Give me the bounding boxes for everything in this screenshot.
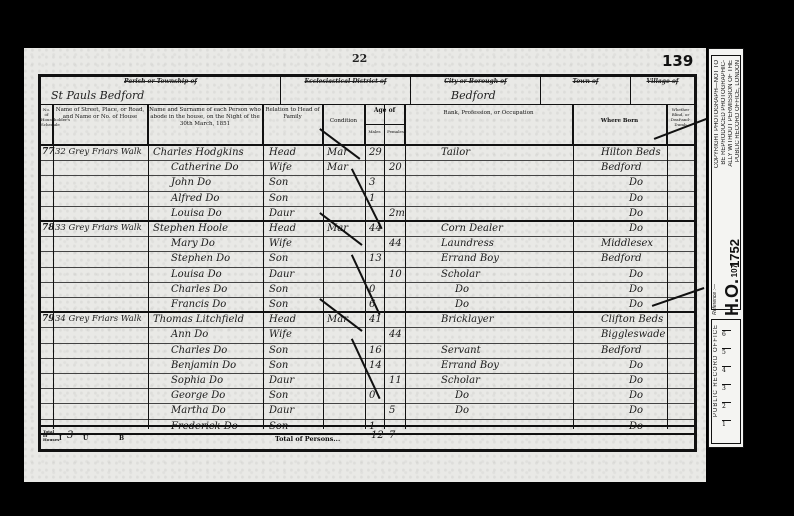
cell-name: Stephen Hoole [153, 223, 228, 234]
cell-occupation: Tailor [441, 147, 470, 158]
table-row: Francis DoSon6DoDo [41, 298, 694, 313]
persons-females-total: 7 [389, 430, 395, 441]
col-condition: Condition [323, 104, 365, 144]
table-row: Louisa DoDaur10ScholarDo [41, 268, 694, 283]
table-row: Stephen DoSon13Errand BoyBedford [41, 252, 694, 267]
cell-born: Do [629, 269, 643, 280]
cell-born: Do [629, 375, 643, 386]
cell-born: Do [629, 223, 643, 234]
cell-name: Charles Do [171, 284, 227, 295]
cell-address: 33 Grey Friars Walk [55, 223, 142, 233]
cell-born: Clifton Beds [601, 314, 663, 325]
cell-female: 11 [389, 375, 402, 386]
cell-name: Sophia Do [171, 375, 223, 386]
cell-born: Do [629, 177, 643, 188]
cell-relation: Son [269, 390, 288, 401]
cell-born: Do [629, 390, 643, 401]
scale-mark: 6 [722, 330, 731, 338]
district-header: Parish or Township of St Pauls Bedford E… [41, 77, 694, 105]
cell-male: 0 [369, 390, 375, 401]
cell-name: Francis Do [171, 299, 226, 310]
cell-male: 29 [369, 147, 382, 158]
persons-males-total: 12 [371, 430, 384, 441]
cell-relation: Wife [269, 329, 292, 340]
table-row: 7934 Grey Friars WalkThomas LitchfieldHe… [41, 313, 694, 328]
cell-relation: Head [269, 314, 296, 325]
cell-born: Do [629, 193, 643, 204]
column-divider [573, 104, 574, 429]
village-cell: Village of [631, 77, 694, 104]
cell-condition: Mar [327, 162, 348, 173]
scale-mark: 2 [722, 402, 731, 410]
cell-name: Ann Do [171, 329, 208, 340]
scale-mark: 4 [722, 366, 731, 374]
table-row: Charles DoSon16ServantBedford [41, 344, 694, 359]
cell-name: Benjamin Do [171, 360, 236, 371]
column-divider [263, 104, 264, 429]
ecclesiastical-cell: Ecclesiastical District of [281, 77, 411, 104]
cell-name: Alfred Do [171, 193, 219, 204]
sheet-mark: 22 [352, 52, 367, 65]
cell-relation: Daur [269, 375, 294, 386]
col-schedule: No. of Householder's Schedule [41, 104, 53, 144]
cell-relation: Son [269, 360, 288, 371]
scale-mark: 5 [722, 348, 731, 356]
cell-relation: Daur [269, 405, 294, 416]
column-divider [323, 104, 324, 429]
cell-male: 13 [369, 253, 382, 264]
houses-total-label: Total of Houses [43, 430, 53, 442]
cell-occupation: Do [455, 390, 469, 401]
table-row: Martha DoDaur5DoDo [41, 404, 694, 419]
scale-mark: 3 [722, 384, 731, 392]
cell-occupation: Laundress [441, 238, 494, 249]
cell-name: Charles Hodgkins [153, 147, 244, 158]
copyright-line-4: PUBLIC RECORD OFFICE, LONDON [735, 60, 741, 162]
cell-address: 34 Grey Friars Walk [55, 314, 142, 324]
column-headers: No. of Householder's Schedule Name of St… [41, 104, 694, 146]
table-row: Mary DoWife44LaundressMiddlesex [41, 237, 694, 252]
table-row: Sophia DoDaur11ScholarDo [41, 374, 694, 389]
cell-occupation: Servant [441, 345, 481, 356]
ecclesiastical-label: Ecclesiastical District of [281, 78, 410, 85]
table-row: George DoSon0DoDo [41, 389, 694, 404]
cell-relation: Daur [269, 208, 294, 219]
table-row: John DoSon3Do [41, 176, 694, 191]
cell-born: Hilton Beds [601, 147, 661, 158]
cell-address: 32 Grey Friars Walk [55, 147, 142, 157]
table-row: Louisa DoDaur2mDo [41, 207, 694, 222]
office-name: PUBLIC RECORD OFFICE [713, 324, 719, 417]
census-form: Parish or Township of St Pauls Bedford E… [38, 74, 697, 452]
cell-born: Bedford [601, 253, 642, 264]
city-value: Bedford [451, 89, 496, 102]
cell-male: 14 [369, 360, 382, 371]
cell-relation: Head [269, 147, 296, 158]
cell-occupation: Do [455, 284, 469, 295]
scale-ruler: PUBLIC RECORD OFFICE 123456 [711, 319, 741, 444]
cell-occupation: Scholar [441, 269, 480, 280]
cell-occupation: Bricklayer [441, 314, 494, 325]
reference-number: 107 [730, 264, 739, 277]
houses-uninhabited-label: U [83, 435, 88, 442]
cell-name: Louisa Do [171, 208, 222, 219]
cell-born: Do [629, 360, 643, 371]
table-row: 7833 Grey Friars WalkStephen HooleHeadMa… [41, 222, 694, 237]
table-row: Ann DoWife44Biggleswade [41, 328, 694, 343]
cell-name: Louisa Do [171, 269, 222, 280]
houses-inhabited-label: I [59, 435, 62, 442]
scale-mark: 1 [722, 420, 731, 428]
cell-relation: Son [269, 345, 288, 356]
copyright-line-1: COPYRIGHT PHOTOGRAPH—NOT TO [714, 60, 720, 168]
cell-name: Stephen Do [171, 253, 230, 264]
parish-value: St Pauls Bedford [51, 89, 144, 102]
archive-label: COPYRIGHT PHOTOGRAPH—NOT TO BE REPRODUCE… [708, 48, 744, 448]
column-divider [365, 104, 366, 429]
cell-occupation: Do [455, 405, 469, 416]
houses-building-label: B [119, 435, 124, 442]
totals-row: Total of Houses I 3 U B Total of Persons… [41, 425, 694, 449]
cell-relation: Daur [269, 269, 294, 280]
column-divider [148, 104, 149, 429]
cell-name: John Do [171, 177, 211, 188]
village-label: Village of [631, 78, 694, 85]
column-divider [384, 104, 385, 429]
cell-name: Martha Do [171, 405, 226, 416]
city-cell: City or Borough of Bedford [411, 77, 541, 104]
cell-occupation: Scholar [441, 375, 480, 386]
city-label: City or Borough of [411, 78, 540, 85]
cell-name: George Do [171, 390, 225, 401]
cell-occupation: Do [455, 299, 469, 310]
cell-relation: Son [269, 299, 288, 310]
col-address: Name of Street, Place, or Road, and Name… [53, 104, 148, 144]
persons-total-label: Total of Persons... [275, 435, 340, 443]
cell-relation: Head [269, 223, 296, 234]
reference-class: H.O. [722, 279, 743, 316]
cell-female: 5 [389, 405, 395, 416]
cell-relation: Son [269, 284, 288, 295]
col-age: Age of Males Females [365, 104, 405, 144]
copyright-line-3: ALLY WITHOUT PERMISSION OF THE [728, 60, 734, 167]
column-divider [667, 104, 668, 429]
cell-female: 10 [389, 269, 402, 280]
cell-born: Biggleswade [601, 329, 665, 340]
parish-cell: Parish or Township of St Pauls Bedford [41, 77, 281, 104]
cell-female: 2m [389, 208, 405, 219]
cell-male: 16 [369, 345, 382, 356]
col-relation: Relation to Head of Family [263, 104, 323, 144]
cell-female: 44 [389, 329, 402, 340]
age-females-label: Females [384, 129, 406, 134]
cell-born: Bedford [601, 162, 642, 173]
cell-born: Do [629, 208, 643, 219]
cell-born: Middlesex [601, 238, 653, 249]
col-name: Name and Surname of each Person who abod… [148, 104, 263, 144]
cell-relation: Wife [269, 238, 292, 249]
folio-number: 139 [662, 52, 693, 70]
table-row: 7732 Grey Friars WalkCharles HodgkinsHea… [41, 146, 694, 161]
cell-relation: Son [269, 177, 288, 188]
age-males-label: Males [365, 129, 384, 134]
cell-born: Do [629, 405, 643, 416]
cell-occupation: Errand Boy [441, 253, 499, 264]
cell-name: Thomas Litchfield [153, 314, 244, 325]
cell-name: Catherine Do [171, 162, 239, 173]
houses-inhabited-value: 3 [67, 430, 73, 441]
col-occupation: Rank, Profession, or Occupation [405, 104, 573, 144]
column-divider [53, 104, 54, 429]
cell-born: Do [629, 299, 643, 310]
cell-relation: Wife [269, 162, 292, 173]
reference-label: Reference :— [712, 284, 718, 315]
town-label: Town of [541, 78, 630, 85]
copyright-line-2: BE REPRODUCED PHOTOGRAPHIC- [721, 60, 727, 165]
cell-male: 41 [369, 314, 382, 325]
cell-name: Mary Do [171, 238, 215, 249]
cell-relation: Son [269, 193, 288, 204]
cell-female: 44 [389, 238, 402, 249]
cell-name: Charles Do [171, 345, 227, 356]
table-row: Catherine DoWifeMar20Bedford [41, 161, 694, 176]
cell-occupation: Errand Boy [441, 360, 499, 371]
cell-born: Do [629, 284, 643, 295]
column-divider [405, 104, 406, 429]
parish-label: Parish or Township of [41, 78, 280, 85]
cell-born: Bedford [601, 345, 642, 356]
cell-female: 20 [389, 162, 402, 173]
cell-male: 3 [369, 177, 375, 188]
town-cell: Town of [541, 77, 631, 104]
cell-male: 1 [369, 193, 375, 204]
cell-occupation: Corn Dealer [441, 223, 503, 234]
cell-relation: Son [269, 253, 288, 264]
